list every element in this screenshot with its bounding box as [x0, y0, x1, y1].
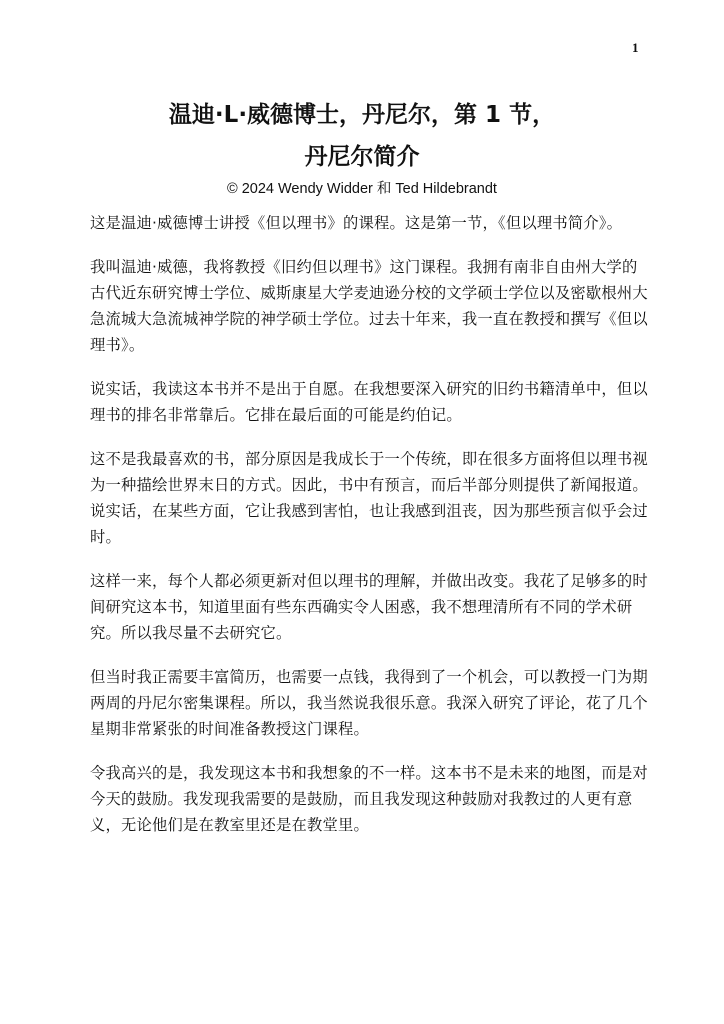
copyright-line: © 2024 Wendy Widder 和 Ted Hildebrandt [0, 178, 724, 200]
paragraph-4: 这不是我最喜欢的书，部分原因是我成长于一个传统，即在很多方面将但以理书视为一种描… [90, 446, 650, 550]
paragraph-3: 说实话，我读这本书并不是出于自愿。在我想要深入研究的旧约书籍清单中，但以理书的排… [90, 376, 650, 428]
paragraph-1: 这是温迪·威德博士讲授《但以理书》的课程。这是第一节，《但以理书简介》。 [90, 210, 650, 236]
paragraph-5: 这样一来，每个人都必须更新对但以理书的理解，并做出改变。我花了足够多的时间研究这… [90, 568, 650, 646]
title-block: 温迪·L·威德博士，丹尼尔，第 1 节， 丹尼尔简介 © 2024 Wendy … [0, 96, 724, 200]
page-subtitle: 丹尼尔简介 [0, 138, 724, 176]
paragraph-7: 令我高兴的是，我发现这本书和我想象的不一样。这本书不是未来的地图，而是对今天的鼓… [90, 760, 650, 838]
document-body: 这是温迪·威德博士讲授《但以理书》的课程。这是第一节，《但以理书简介》。 我叫温… [90, 210, 650, 856]
page-number: 1 [632, 40, 639, 56]
paragraph-2: 我叫温迪·威德，我将教授《旧约但以理书》这门课程。我拥有南非自由州大学的古代近东… [90, 254, 650, 358]
paragraph-6: 但当时我正需要丰富简历，也需要一点钱，我得到了一个机会，可以教授一门为期两周的丹… [90, 664, 650, 742]
page-title: 温迪·L·威德博士，丹尼尔，第 1 节， [0, 96, 724, 134]
